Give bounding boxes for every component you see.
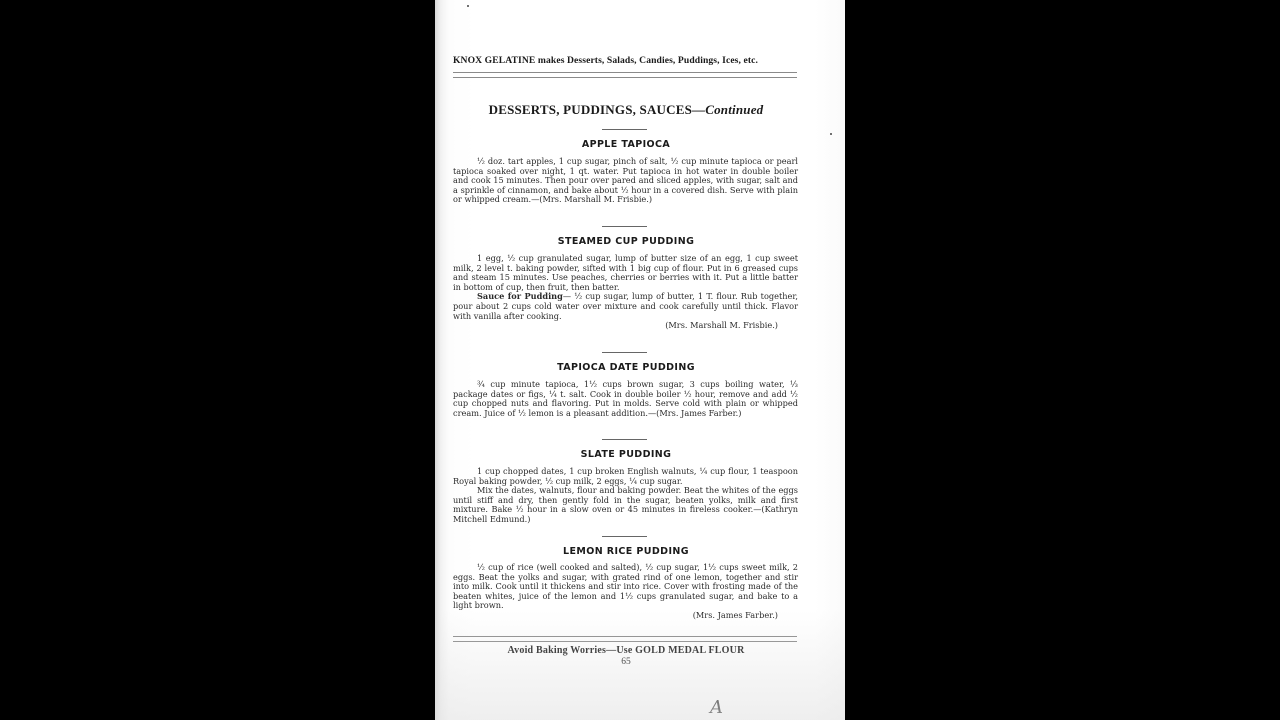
divider-rule [602, 439, 647, 440]
footer-rule [453, 636, 797, 642]
ink-speck [467, 5, 469, 7]
recipe-paragraph: 1 egg, ½ cup granulated sugar, lump of b… [453, 254, 798, 292]
handwritten-mark: A [710, 697, 723, 718]
section-title-text: DESSERTS, PUDDINGS, SAUCES [489, 102, 692, 117]
recipe-paragraph: ½ cup of rice (well cooked and salted), … [453, 563, 798, 611]
running-head: KNOX GELATINE makes Desserts, Salads, Ca… [453, 55, 813, 66]
recipe-paragraph: Mix the dates, walnuts, flour and baking… [453, 486, 798, 524]
recipe-paragraph: ¾ cup minute tapioca, 1½ cups brown suga… [453, 380, 798, 418]
recipe-body: ¾ cup minute tapioca, 1½ cups brown suga… [453, 380, 798, 418]
page-number: 65 [435, 657, 817, 667]
recipe-body: 1 egg, ½ cup granulated sugar, lump of b… [453, 254, 798, 331]
recipe-title: SLATE PUDDING [435, 449, 817, 460]
recipe-paragraph: 1 cup chopped dates, 1 cup broken Englis… [453, 467, 798, 486]
section-title: DESSERTS, PUDDINGS, SAUCES—Continued [435, 102, 817, 118]
recipe-body: 1 cup chopped dates, 1 cup broken Englis… [453, 467, 798, 525]
header-rule [453, 72, 797, 78]
sauce-paragraph: Sauce for Pudding— ½ cup sugar, lump of … [453, 292, 798, 321]
ink-speck [830, 133, 832, 135]
divider-rule [602, 352, 647, 353]
divider-rule [602, 226, 647, 227]
footer-advert: Avoid Baking Worries—Use GOLD MEDAL FLOU… [435, 645, 817, 656]
divider-rule [602, 129, 647, 130]
recipe-paragraph: ½ doz. tart apples, 1 cup sugar, pinch o… [453, 157, 798, 205]
divider-rule [602, 536, 647, 537]
recipe-title: LEMON RICE PUDDING [435, 546, 817, 557]
recipe-body: ½ doz. tart apples, 1 cup sugar, pinch o… [453, 157, 798, 205]
recipe-title: TAPIOCA DATE PUDDING [435, 362, 817, 373]
sauce-label: Sauce for Pudding [477, 291, 563, 301]
recipe-credit: (Mrs. James Farber.) [453, 611, 798, 621]
recipe-title: STEAMED CUP PUDDING [435, 236, 817, 247]
section-title-suffix: —Continued [692, 102, 763, 117]
recipe-body: ½ cup of rice (well cooked and salted), … [453, 563, 798, 621]
recipe-credit: (Mrs. Marshall M. Frisbie.) [453, 321, 798, 331]
recipe-title: APPLE TAPIOCA [435, 139, 817, 150]
book-page: KNOX GELATINE makes Desserts, Salads, Ca… [435, 0, 845, 720]
